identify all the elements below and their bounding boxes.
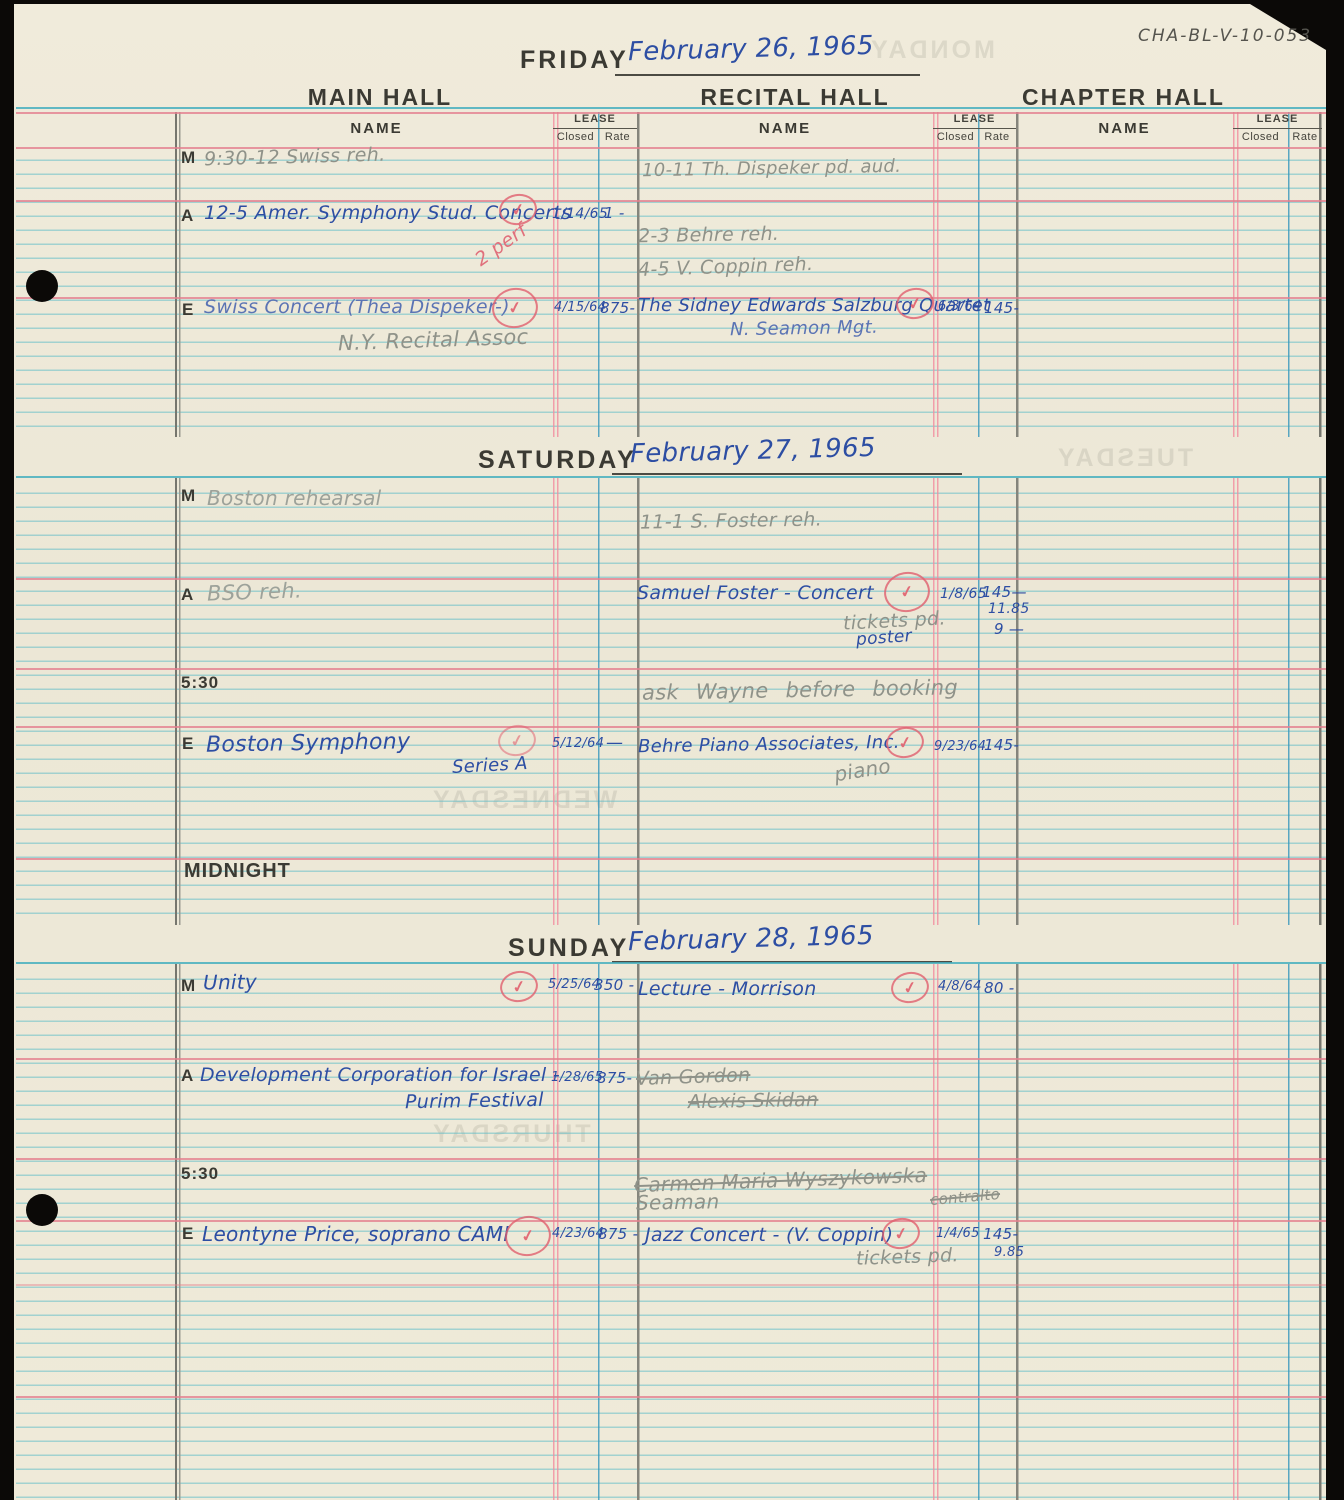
sunday-recital-afternoon-struck-1: Van Gordon bbox=[636, 1064, 751, 1090]
saturday-day-label: SATURDAY bbox=[478, 446, 637, 475]
sunday-main-afternoon-entry-line2: Purim Festival bbox=[405, 1089, 544, 1113]
saturday-main-evening-rate: — bbox=[606, 733, 623, 753]
redline bbox=[16, 578, 1326, 580]
sunday-main-evening-closed: 4/23/64 bbox=[552, 1226, 604, 1241]
lease-rule bbox=[1233, 128, 1322, 129]
sunday-recital-evening-note: tickets pd. bbox=[856, 1244, 959, 1270]
sunday-recital-evening-rate-1: 145- bbox=[983, 1225, 1018, 1243]
sunday-time-a: A bbox=[181, 1066, 194, 1086]
saturday-date-rule bbox=[612, 473, 962, 475]
friday-main-evening-closed: 4/15/64 bbox=[554, 300, 606, 315]
recital-rate-colhead: Rate bbox=[978, 131, 1016, 143]
saturday-recital-afternoon-note-2: poster bbox=[855, 626, 912, 650]
friday-recital-evening-rate: 145- bbox=[984, 299, 1019, 317]
friday-recital-evening-note: N. Seamon Mgt. bbox=[730, 317, 878, 341]
sunday-time-m: M bbox=[181, 976, 196, 996]
chapter-lease-colhead: LEASE bbox=[1233, 113, 1322, 125]
friday-main-afternoon-closed: 1/14/65 bbox=[552, 206, 608, 222]
recital-lease-colhead: LEASE bbox=[933, 113, 1016, 125]
saturday-main-evening-entry: Boston Symphony bbox=[206, 729, 411, 758]
friday-recital-afternoon-entry-1: 2-3 Behre reh. bbox=[638, 223, 780, 247]
friday-main-afternoon-rate: 1 - bbox=[604, 204, 625, 222]
sunday-time-e: E bbox=[182, 1224, 194, 1244]
sunday-main-morning-rate: 350 - bbox=[594, 976, 634, 994]
sunday-recital-530-entry: Seaman bbox=[636, 1189, 720, 1214]
recital-name-colhead: NAME bbox=[637, 120, 933, 137]
main-name-colhead: NAME bbox=[200, 120, 553, 137]
redline bbox=[16, 1058, 1326, 1060]
punch-hole bbox=[26, 1194, 58, 1226]
redline bbox=[16, 112, 1326, 114]
saturday-recital-evening-closed: 9/23/64 bbox=[934, 739, 986, 754]
saturday-recital-morning-entry: 11-1 S. Foster reh. bbox=[640, 508, 822, 533]
saturday-date: February 27, 1965 bbox=[630, 433, 876, 469]
scanned-ledger-page: MONDAY TUESDAY WEDNESDAY THURSDAY CHA-BL… bbox=[0, 0, 1344, 1500]
punch-hole bbox=[26, 270, 58, 302]
catalog-number: CHA-BL-V-10-053 bbox=[1138, 26, 1312, 46]
chapter-name-colhead: NAME bbox=[1016, 120, 1233, 137]
main-rate-colhead: Rate bbox=[598, 131, 637, 143]
sunday-main-morning-entry: Unity bbox=[203, 970, 257, 995]
main-lease-colhead: LEASE bbox=[553, 113, 637, 125]
friday-date-rule bbox=[615, 74, 920, 76]
sunday-main-afternoon-rate: 875- bbox=[597, 1069, 632, 1087]
friday-main-evening-entry: Swiss Concert (Thea Dispeker-) bbox=[204, 296, 510, 318]
friday-day-label: FRIDAY bbox=[520, 46, 629, 75]
saturday-main-evening-series: Series A bbox=[452, 753, 529, 778]
redline bbox=[16, 1396, 1326, 1398]
sunday-recital-evening-entry: Jazz Concert - (V. Coppin) bbox=[645, 1224, 893, 1246]
saturday-recital-afternoon-closed: 1/8/65 bbox=[940, 586, 987, 602]
chapter-rate-colhead: Rate bbox=[1288, 131, 1322, 143]
sunday-main-morning-closed: 5/25/64 bbox=[548, 977, 600, 992]
lease-rule bbox=[933, 128, 1016, 129]
sunday-recital-afternoon-struck-2: Alexis Skidan bbox=[688, 1089, 819, 1113]
friday-time-m: M bbox=[181, 148, 196, 168]
friday-main-evening-rate: 875- bbox=[600, 299, 635, 317]
redline bbox=[16, 726, 1326, 728]
sunday-recital-morning-closed: 4/8/64 bbox=[938, 979, 982, 994]
saturday-main-morning-entry: Boston rehearsal bbox=[207, 486, 382, 510]
redline bbox=[16, 668, 1326, 670]
sunday-recital-morning-entry: Lecture - Morrison bbox=[638, 978, 817, 1000]
saturday-recital-evening-rate: 145- bbox=[984, 736, 1019, 754]
sunday-main-evening-entry: Leontyne Price, soprano CAMI bbox=[202, 1222, 510, 1246]
saturday-time-530: 5:30 bbox=[181, 673, 219, 693]
sunday-date: February 28, 1965 bbox=[628, 921, 874, 957]
saturday-main-afternoon-entry: BSO reh. bbox=[207, 578, 303, 605]
friday-time-a: A bbox=[181, 206, 194, 226]
friday-time-e: E bbox=[182, 300, 194, 320]
sunday-day-label: SUNDAY bbox=[508, 934, 629, 963]
sunday-main-afternoon-entry: Development Corporation for Israel - bbox=[200, 1064, 560, 1086]
sunday-recital-evening-closed: 1/4/65 bbox=[936, 1226, 980, 1241]
sunday-time-530: 5:30 bbox=[181, 1164, 219, 1184]
friday-recital-evening-closed: 6/3/64 bbox=[938, 299, 982, 314]
redline bbox=[16, 1158, 1326, 1160]
main-closed-colhead: Closed bbox=[553, 131, 598, 143]
lease-rule bbox=[553, 128, 637, 129]
saturday-main-evening-closed: 5/12/64 bbox=[552, 736, 604, 751]
chapter-closed-colhead: Closed bbox=[1233, 131, 1288, 143]
sunday-recital-morning-rate: 80 - bbox=[984, 979, 1014, 997]
friday-grid-topline bbox=[16, 107, 1326, 109]
redline bbox=[16, 1284, 1326, 1286]
saturday-recital-afternoon-rate-1: 145— bbox=[982, 583, 1027, 601]
saturday-recital-afternoon-rate-2: 11.85 bbox=[988, 601, 1030, 617]
saturday-recital-afternoon-rate-3: 9 — bbox=[994, 620, 1024, 638]
bleed-through-tuesday: TUESDAY bbox=[1055, 444, 1193, 473]
saturday-time-midnight: MIDNIGHT bbox=[184, 860, 291, 883]
recital-closed-colhead: Closed bbox=[933, 131, 978, 143]
bleed-through-monday: MONDAY bbox=[868, 36, 995, 65]
sunday-main-afternoon-closed: 1/28/65 bbox=[551, 1070, 603, 1085]
saturday-time-e: E bbox=[182, 734, 194, 754]
saturday-time-m: M bbox=[181, 486, 196, 506]
saturday-recital-afternoon-entry: Samuel Foster - Concert bbox=[637, 582, 874, 604]
sunday-main-evening-rate: 875 - bbox=[598, 1225, 638, 1243]
friday-date: February 26, 1965 bbox=[628, 31, 874, 67]
sunday-recital-evening-rate-2: 9.85 bbox=[994, 1245, 1024, 1260]
saturday-time-a: A bbox=[181, 585, 194, 605]
